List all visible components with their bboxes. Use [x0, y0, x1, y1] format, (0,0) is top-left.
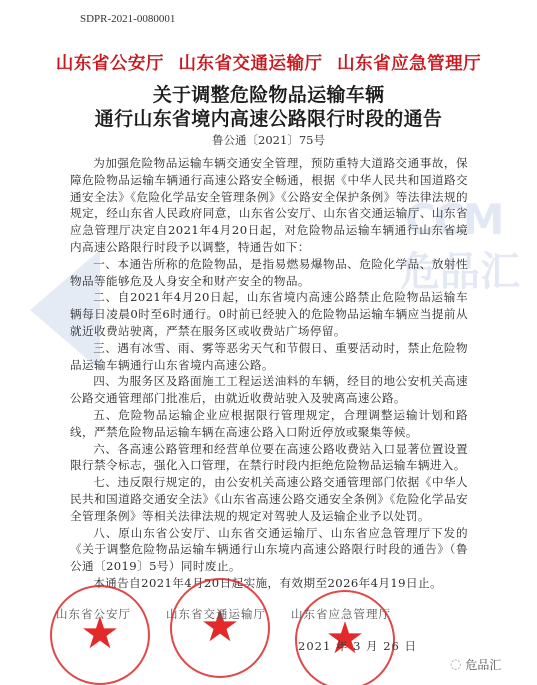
- issuer-public-security: 山东省公安厅: [56, 54, 164, 74]
- signature-public-security: 山东省公安厅: [56, 606, 131, 622]
- footer-brand: ◌ 危品汇: [450, 656, 501, 673]
- paragraph-6: 六、各高速公路管理和经营单位要在高速公路收费站入口显著位置设置限行禁令标志，强化…: [70, 441, 468, 475]
- paragraph-3: 三、遇有冰雪、雨、雾等恶劣天气和节假日、重要活动时，禁止危险物品运输车辆通行山东…: [70, 340, 468, 374]
- document-body: 为加强危险物品运输车辆交通安全管理，预防重特大道路交通事故，保障危险物品运输车辆…: [70, 155, 468, 592]
- wechat-icon: ◌: [450, 657, 461, 672]
- signature-transport: 山东省交通运输厅: [166, 606, 266, 622]
- issuing-agencies: 山东省公安厅 山东省交通运输厅 山东省应急管理厅: [0, 50, 537, 75]
- document-title-line-2: 通行山东省境内高速公路限行时段的通告: [0, 104, 537, 131]
- issuer-emergency: 山东省应急管理厅: [337, 54, 481, 74]
- brand-name: 危品汇: [465, 656, 501, 673]
- document-code: SDPR-2021-0080001: [80, 13, 175, 25]
- seal-public-security: ★: [50, 585, 150, 685]
- seal-transport: ★: [170, 578, 270, 678]
- paragraph-8: 八、原山东省公安厅、山东省交通运输厅、山东省应急管理厅下发的《关于调整危险物品运…: [70, 525, 468, 575]
- paragraph-5: 五、危险物品运输企业应根据限行管理规定，合理调整运输计划和路线，严禁危险物品运输…: [70, 407, 468, 441]
- paragraph-effective-date: 本通告自2021年4月20日起实施，有效期至2026年4月19日止。: [70, 575, 468, 592]
- signature-emergency: 山东省应急管理厅: [291, 606, 391, 622]
- paragraph-7: 七、违反限行规定的，由公安机关高速公路交通管理部门依据《中华人民共和国道路交通安…: [70, 474, 468, 524]
- document-number: 鲁公通〔2021〕75号: [0, 132, 537, 148]
- paragraph-2: 二、自2021年4月20日起，山东省境内高速公路禁止危险物品运输车辆每日凌晨0时…: [70, 289, 468, 339]
- paragraph-4: 四、为服务区及路面施工工程运送油料的车辆，经目的地公安机关高速公路交通管理部门批…: [70, 373, 468, 407]
- paragraph-intro: 为加强危险物品运输车辆交通安全管理，预防重特大道路交通事故，保障危险物品运输车辆…: [70, 155, 468, 256]
- document-title-line-1: 关于调整危险物品运输车辆: [0, 80, 537, 107]
- document-date: 2021 年 3 月 26 日: [298, 638, 417, 654]
- paragraph-1: 一、本通告所称的危险物品，是指易燃易爆物品、危险化学品、放射性物品等能够危及人身…: [70, 256, 468, 290]
- issuer-transport: 山东省交通运输厅: [179, 54, 323, 74]
